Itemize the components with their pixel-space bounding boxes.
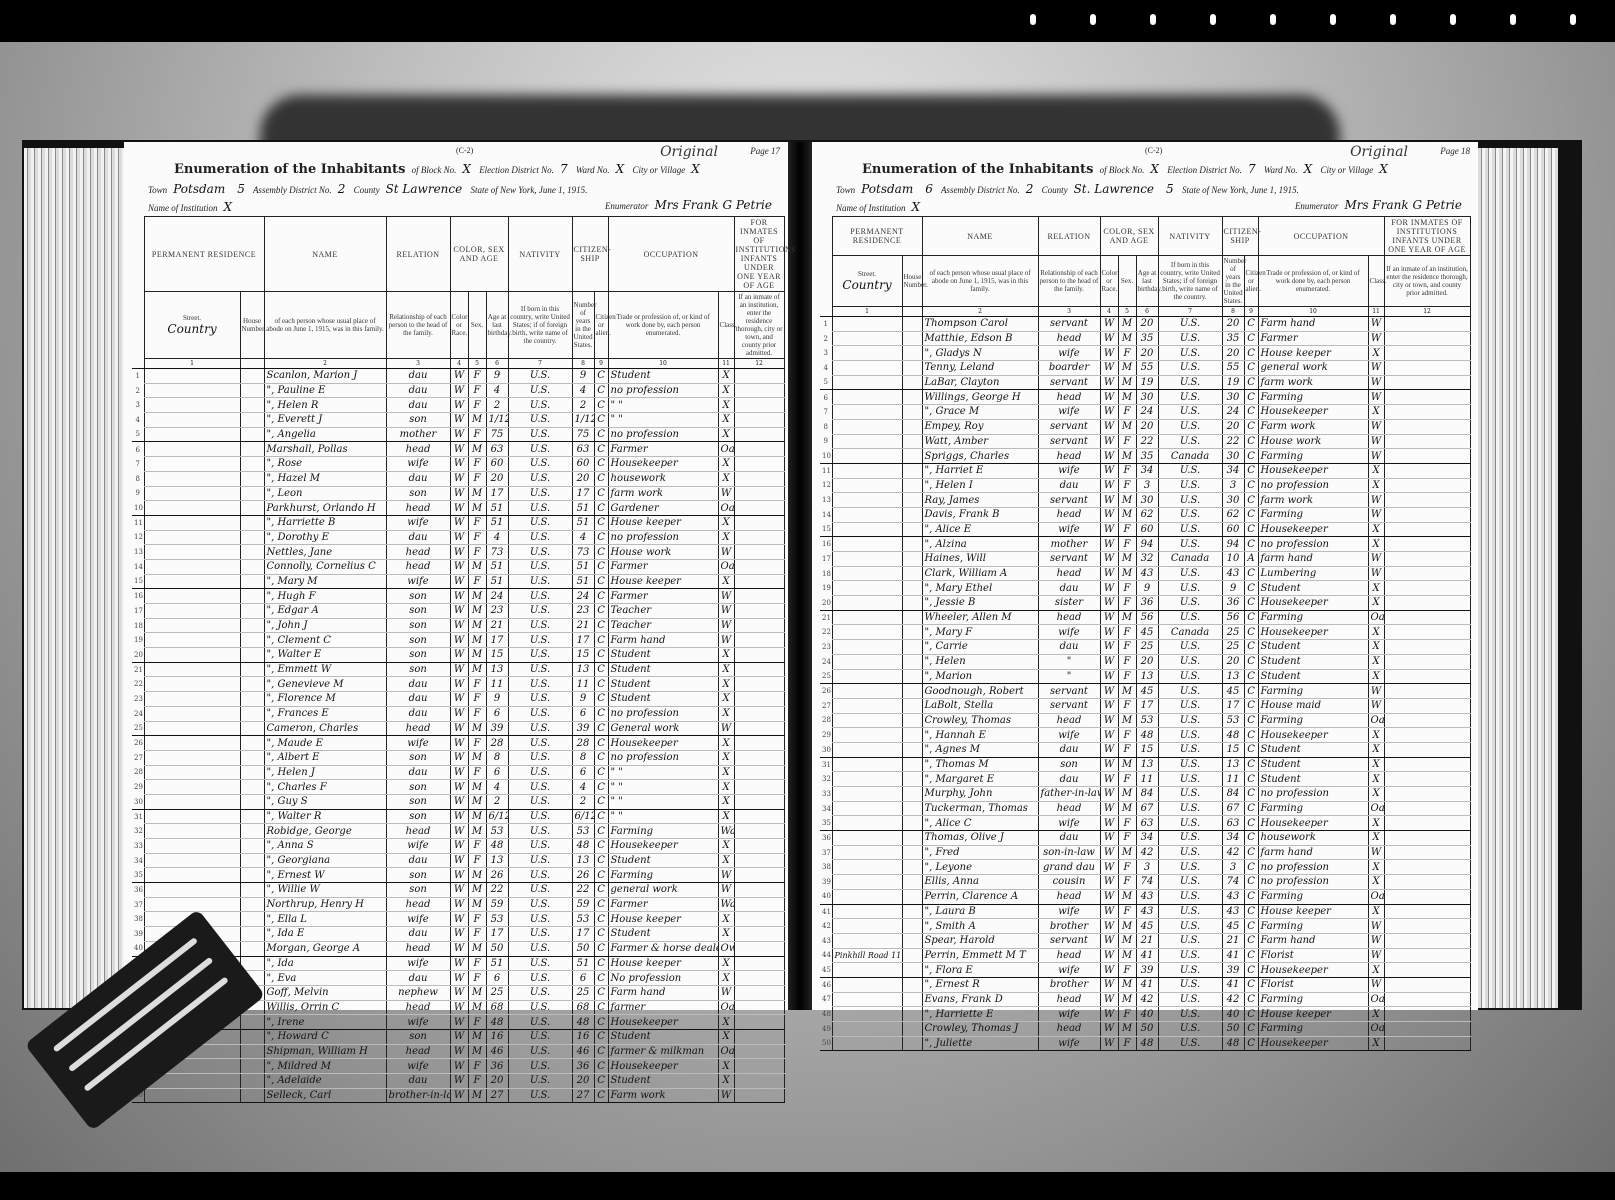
nativity-cell: U.S. [1158, 669, 1222, 684]
relation-cell: son [386, 794, 450, 809]
column-number: 7 [1158, 307, 1222, 317]
occupation-cell: general work [608, 883, 718, 898]
color-cell: W [1100, 610, 1118, 625]
col-inmates: FOR INMATES OF INSTITUTIONS INFANTS UNDE… [734, 217, 784, 292]
class-cell: X [718, 736, 734, 751]
name-cell: Haines, Will [922, 552, 1038, 567]
sex-cell: F [1118, 463, 1136, 478]
citizen-cell: C [1244, 390, 1258, 405]
inmates-cell [1384, 801, 1470, 816]
age-cell: 23 [486, 604, 508, 619]
form-code: (C-2) [456, 146, 473, 155]
nativity-cell: U.S. [508, 839, 572, 854]
nativity-cell: U.S. [1158, 654, 1222, 669]
film-strip [0, 0, 1615, 42]
enumerator-value: Mrs Frank G Petrie [1344, 198, 1462, 212]
city-label: City or Village [1320, 165, 1373, 175]
age-cell: 56 [1136, 610, 1158, 625]
sex-cell: M [468, 809, 486, 824]
citizen-cell: C [594, 721, 608, 736]
color-cell: W [450, 662, 468, 677]
nativity-cell: U.S. [508, 1015, 572, 1030]
years-cell: 75 [572, 427, 594, 442]
nativity-cell: U.S. [508, 971, 572, 986]
citizen-cell: C [1244, 845, 1258, 860]
line-number: 20 [820, 596, 832, 611]
citizen-cell: C [594, 618, 608, 633]
house-number-cell [902, 493, 922, 508]
census-row: 9", LeonsonWM17U.S.17Cfarm workW [132, 486, 784, 501]
years-cell: 45 [1222, 919, 1244, 934]
sex-cell: M [1118, 331, 1136, 346]
occupation-cell: Farm work [1258, 419, 1368, 434]
color-cell: W [1100, 596, 1118, 611]
citizen-cell: C [594, 956, 608, 971]
age-cell: 67 [1136, 801, 1158, 816]
sex-cell: F [468, 677, 486, 692]
occupation-cell: Student [608, 927, 718, 942]
occupation-cell: no profession [1258, 860, 1368, 875]
citizen-cell: C [594, 515, 608, 530]
years-cell: 20 [572, 471, 594, 486]
nativity-cell: U.S. [1158, 933, 1222, 948]
color-cell: W [450, 457, 468, 472]
age-cell: 34 [1136, 463, 1158, 478]
street-cell [144, 383, 240, 398]
line-number: 8 [820, 419, 832, 434]
column-number [902, 307, 922, 317]
name-cell: ", Alzina [922, 537, 1038, 552]
name-cell: ", Flora E [922, 963, 1038, 978]
name-cell: ", Anna S [264, 839, 386, 854]
years-cell: 39 [572, 721, 594, 736]
inmates-cell [1384, 478, 1470, 493]
citizen-cell: C [594, 457, 608, 472]
inmates-cell [1384, 860, 1470, 875]
class-cell: Ow [718, 941, 734, 956]
sex-cell: F [468, 1074, 486, 1089]
name-cell: Spear, Harold [922, 933, 1038, 948]
relation-cell: head [1038, 610, 1100, 625]
years-cell: 43 [1222, 566, 1244, 581]
sprocket-hole [1030, 14, 1036, 25]
age-cell: 60 [486, 457, 508, 472]
age-cell: 35 [1136, 449, 1158, 464]
street-cell [144, 427, 240, 442]
line-number: 26 [820, 684, 832, 699]
name-cell: ", Howard C [264, 1029, 386, 1044]
years-cell: 51 [572, 574, 594, 589]
years-cell: 13 [572, 853, 594, 868]
census-row: 34Tuckerman, ThomasheadWM67U.S.67CFarmin… [820, 801, 1470, 816]
inmates-cell [734, 530, 784, 545]
name-cell: Clark, William A [922, 566, 1038, 581]
class-cell: X [1368, 728, 1384, 743]
years-cell: 51 [572, 559, 594, 574]
inmates-cell [734, 545, 784, 560]
color-cell: W [450, 941, 468, 956]
column-number: 3 [1038, 307, 1100, 317]
county-label: County [1042, 185, 1068, 195]
color-cell: W [1100, 977, 1118, 992]
line-number: 35 [820, 816, 832, 831]
name-cell: ", Walter E [264, 648, 386, 663]
census-row: 40Perrin, Clarence AheadWM43U.S.43CFarmi… [820, 889, 1470, 904]
relation-cell: servant [1038, 317, 1100, 332]
years-cell: 36 [572, 1059, 594, 1074]
city-label: City or Village [632, 165, 685, 175]
age-cell: 17 [486, 633, 508, 648]
line-number: 27 [820, 698, 832, 713]
citizen-cell: C [1244, 375, 1258, 390]
sex-cell: F [1118, 640, 1136, 655]
class-cell: X [1368, 640, 1384, 655]
sex-cell: M [1118, 801, 1136, 816]
city-value: X [691, 162, 700, 176]
citizen-cell: C [594, 985, 608, 1000]
street-cell [144, 604, 240, 619]
years-cell: 13 [572, 662, 594, 677]
occupation-cell: Farmer [608, 559, 718, 574]
age-cell: 11 [486, 677, 508, 692]
house-number-cell [902, 977, 922, 992]
age-cell: 94 [1136, 537, 1158, 552]
name-cell: Shipman, William H [264, 1044, 386, 1059]
census-row: 1Thompson CarolservantWM20U.S.20CFarm ha… [820, 317, 1470, 332]
class-cell: X [718, 692, 734, 707]
age-cell: 3 [1136, 860, 1158, 875]
class-cell: W [1368, 449, 1384, 464]
census-row: 24", Helen"WF20U.S.20CStudentX [820, 654, 1470, 669]
citizen-cell: C [1244, 713, 1258, 728]
inmates-cell [734, 897, 784, 912]
citizen-cell: C [1244, 419, 1258, 434]
sex-cell: F [468, 369, 486, 384]
house-number-cell [240, 824, 264, 839]
occupation-cell: " " [608, 398, 718, 413]
street-cell [832, 963, 902, 978]
citizen-cell: C [1244, 904, 1258, 919]
sex-cell: F [1118, 1007, 1136, 1022]
line-number: 19 [132, 633, 144, 648]
years-cell: 6/12 [572, 809, 594, 824]
occupation-cell: Teacher [608, 604, 718, 619]
relation-cell: dau [1038, 831, 1100, 846]
age-cell: 13 [486, 853, 508, 868]
nativity-cell: U.S. [1158, 845, 1222, 860]
inmates-cell [734, 692, 784, 707]
census-row: 15", Alice EwifeWF60U.S.60CHousekeeperX [820, 522, 1470, 537]
line-number: 31 [820, 757, 832, 772]
citizen-cell: C [1244, 610, 1258, 625]
nativity-cell: Canada [1158, 625, 1222, 640]
house-number-cell [902, 478, 922, 493]
sex-cell: F [1118, 669, 1136, 684]
citizen-cell: C [1244, 889, 1258, 904]
inmates-cell [1384, 537, 1470, 552]
occupation-cell: farmer & milkman [608, 1044, 718, 1059]
years-cell: 8 [572, 750, 594, 765]
line-number: 43 [820, 933, 832, 948]
sex-cell: M [1118, 610, 1136, 625]
election-district-value: 7 [560, 162, 568, 176]
inmates-cell [1384, 977, 1470, 992]
color-cell: W [450, 692, 468, 707]
color-cell: W [1100, 463, 1118, 478]
inmates-cell [734, 706, 784, 721]
years-cell: 20 [572, 1074, 594, 1089]
census-row: 39Ellis, AnnacousinWF74U.S.74Cno profess… [820, 875, 1470, 890]
street-cell [832, 816, 902, 831]
street-cell [144, 530, 240, 545]
census-row: 10Parkhurst, Orlando HheadWM51U.S.51CGar… [132, 501, 784, 516]
citizen-cell: C [1244, 640, 1258, 655]
street-cell [832, 625, 902, 640]
line-number: 42 [820, 919, 832, 934]
occupation-cell: House keeper [1258, 904, 1368, 919]
years-cell: 40 [1222, 1007, 1244, 1022]
color-cell: W [450, 501, 468, 516]
sex-cell: M [468, 721, 486, 736]
line-number: 18 [820, 566, 832, 581]
col-sex: Sex. [1118, 256, 1136, 307]
sex-cell: F [1118, 581, 1136, 596]
assembly-value: 2 [1026, 182, 1034, 196]
house-number-cell [902, 816, 922, 831]
years-cell: 30 [1222, 493, 1244, 508]
name-cell: ", Dorothy E [264, 530, 386, 545]
citizen-cell: C [594, 574, 608, 589]
line-number: 38 [820, 860, 832, 875]
house-number-cell [240, 883, 264, 898]
occupation-cell: farm hand [1258, 845, 1368, 860]
citizen-cell: C [1244, 463, 1258, 478]
census-row: 7", RosewifeWF60U.S.60CHousekeeperX [132, 457, 784, 472]
color-cell: W [1100, 698, 1118, 713]
color-cell: W [1100, 816, 1118, 831]
age-cell: 6 [486, 765, 508, 780]
name-cell: Matthie, Edson B [922, 331, 1038, 346]
inmates-cell [1384, 361, 1470, 376]
town-mark: 5 [237, 182, 245, 196]
census-table-right: PERMANENT RESIDENCE NAME RELATION COLOR,… [820, 216, 1471, 1051]
name-cell: Empey, Roy [922, 419, 1038, 434]
occupation-cell: Student [608, 662, 718, 677]
census-row: 20", Walter EsonWM15U.S.15CStudentX [132, 648, 784, 663]
citizen-cell: C [594, 1059, 608, 1074]
col-color-sex-age: COLOR, SEX AND AGE [450, 217, 508, 292]
street-cell [832, 654, 902, 669]
name-cell: Davis, Frank B [922, 507, 1038, 522]
line-number: 12 [132, 530, 144, 545]
years-cell: 20 [1222, 419, 1244, 434]
age-cell: 41 [1136, 977, 1158, 992]
sex-cell: M [468, 897, 486, 912]
age-cell: 59 [486, 897, 508, 912]
relation-cell: head [1038, 992, 1100, 1007]
house-number-cell [902, 757, 922, 772]
house-number-cell [902, 331, 922, 346]
house-number-cell [240, 442, 264, 457]
name-cell: ", Edgar A [264, 604, 386, 619]
census-row: 6Willings, George HheadWM30U.S.30CFarmin… [820, 390, 1470, 405]
sex-cell: F [1118, 537, 1136, 552]
inmates-cell [1384, 933, 1470, 948]
house-number-cell [240, 692, 264, 707]
census-row: 5LaBar, ClaytonservantWM19U.S.19Cfarm wo… [820, 375, 1470, 390]
relation-cell: boarder [1038, 361, 1100, 376]
sprocket-hole [1390, 14, 1396, 25]
age-cell: 9 [486, 692, 508, 707]
citizen-cell: C [594, 1029, 608, 1044]
years-cell: 59 [572, 897, 594, 912]
color-cell: W [1100, 449, 1118, 464]
line-number: 11 [132, 515, 144, 530]
class-cell: W [1368, 390, 1384, 405]
name-cell: ", Hugh F [264, 589, 386, 604]
page-title: Enumeration of the Inhabitants [174, 162, 405, 177]
occupation-cell: Student [608, 369, 718, 384]
line-number: 14 [820, 507, 832, 522]
relation-cell: head [386, 559, 450, 574]
relation-cell: wife [1038, 728, 1100, 743]
citizen-cell: C [1244, 596, 1258, 611]
relation-cell: servant [1038, 552, 1100, 567]
color-cell: W [450, 471, 468, 486]
column-number: 7 [508, 359, 572, 369]
line-number: 10 [820, 449, 832, 464]
occupation-cell: Farmer [608, 442, 718, 457]
years-cell: 22 [1222, 434, 1244, 449]
house-number-cell [902, 434, 922, 449]
line-number: 19 [820, 581, 832, 596]
census-row: 12", Helen IdauWF3U.S.3Cno professionX [820, 478, 1470, 493]
occupation-cell: Student [1258, 757, 1368, 772]
sex-cell: M [468, 662, 486, 677]
street-cell [832, 405, 902, 420]
line-number: 10 [132, 501, 144, 516]
inmates-cell [1384, 948, 1470, 963]
citizen-cell: C [594, 897, 608, 912]
col-house-number: House Number. [240, 292, 264, 359]
nativity-cell: U.S. [508, 721, 572, 736]
street-cell [144, 736, 240, 751]
color-cell: W [1100, 625, 1118, 640]
years-cell: 53 [572, 912, 594, 927]
column-number: 11 [1368, 307, 1384, 317]
class-cell: W [718, 883, 734, 898]
years-cell: 45 [1222, 684, 1244, 699]
years-cell: 21 [1222, 933, 1244, 948]
age-cell: 48 [1136, 1036, 1158, 1051]
color-cell: W [450, 956, 468, 971]
sex-cell: F [468, 971, 486, 986]
institution-line: Name of InstitutionX [148, 200, 238, 214]
house-number-cell [902, 698, 922, 713]
relation-cell: head [1038, 889, 1100, 904]
class-cell: W [1368, 434, 1384, 449]
citizen-cell: C [594, 927, 608, 942]
years-cell: 50 [1222, 1022, 1244, 1037]
inmates-cell [734, 604, 784, 619]
census-row: 29", Charles FsonWM4U.S.4C" "X [132, 780, 784, 795]
inmates-cell [1384, 493, 1470, 508]
relation-cell: son [386, 883, 450, 898]
line-number: 11 [820, 463, 832, 478]
relation-cell: head [386, 897, 450, 912]
age-cell: 75 [486, 427, 508, 442]
street-cell [832, 346, 902, 361]
name-cell: ", Ella L [264, 912, 386, 927]
census-row: 28Crowley, ThomasheadWM53U.S.53CFarmingO… [820, 713, 1470, 728]
citizen-cell: A [1244, 552, 1258, 567]
census-row: 44Pinkhill Road 1170 +Perrin, Emmett M T… [820, 948, 1470, 963]
relation-cell: wife [1038, 625, 1100, 640]
color-cell: W [1100, 375, 1118, 390]
occupation-cell: Housekeeper [608, 1059, 718, 1074]
nativity-cell: U.S. [1158, 757, 1222, 772]
age-cell: 20 [1136, 419, 1158, 434]
color-cell: W [450, 545, 468, 560]
sex-cell: F [468, 457, 486, 472]
col-street: Street.Country [832, 256, 902, 307]
occupation-cell: Farming [1258, 507, 1368, 522]
nativity-cell: U.S. [508, 780, 572, 795]
name-cell: Nettles, Jane [264, 545, 386, 560]
nativity-cell: U.S. [1158, 831, 1222, 846]
age-cell: 50 [1136, 1022, 1158, 1037]
line-number: 13 [820, 493, 832, 508]
col-age: Age at last birthday. [486, 292, 508, 359]
relation-cell: son [386, 648, 450, 663]
years-cell: 11 [572, 677, 594, 692]
column-number: 5 [1118, 307, 1136, 317]
house-number-cell [240, 633, 264, 648]
col-name-sub: of each person whose usual place of abod… [264, 292, 386, 359]
relation-cell: son [386, 780, 450, 795]
sex-cell: F [1118, 831, 1136, 846]
street-cell [144, 574, 240, 589]
nativity-cell: U.S. [508, 369, 572, 384]
relation-cell: son-in-law [1038, 845, 1100, 860]
house-number-cell [240, 648, 264, 663]
house-number-cell [240, 1029, 264, 1044]
block-label: of Block No. [1100, 165, 1145, 175]
relation-cell: cousin [1038, 875, 1100, 890]
class-cell: X [718, 677, 734, 692]
sex-cell: M [468, 750, 486, 765]
years-cell: 60 [572, 457, 594, 472]
census-row: 46", Ernest RbrotherWM41U.S.41CFloristW [820, 977, 1470, 992]
nativity-cell: U.S. [508, 618, 572, 633]
line-number: 15 [132, 574, 144, 589]
name-cell: Crowley, Thomas [922, 713, 1038, 728]
street-cell [832, 375, 902, 390]
color-cell: W [1100, 787, 1118, 802]
class-cell: X [1368, 787, 1384, 802]
sex-cell: F [1118, 742, 1136, 757]
class-cell: W [1368, 948, 1384, 963]
state-date: State of New York, June 1, 1915. [470, 185, 587, 195]
color-cell: W [1100, 875, 1118, 890]
nativity-cell: U.S. [1158, 713, 1222, 728]
color-cell: W [450, 1029, 468, 1044]
inmates-cell [734, 971, 784, 986]
age-cell: 53 [486, 912, 508, 927]
relation-cell: wife [386, 912, 450, 927]
occupation-cell: Farming [1258, 610, 1368, 625]
color-cell: W [1100, 728, 1118, 743]
